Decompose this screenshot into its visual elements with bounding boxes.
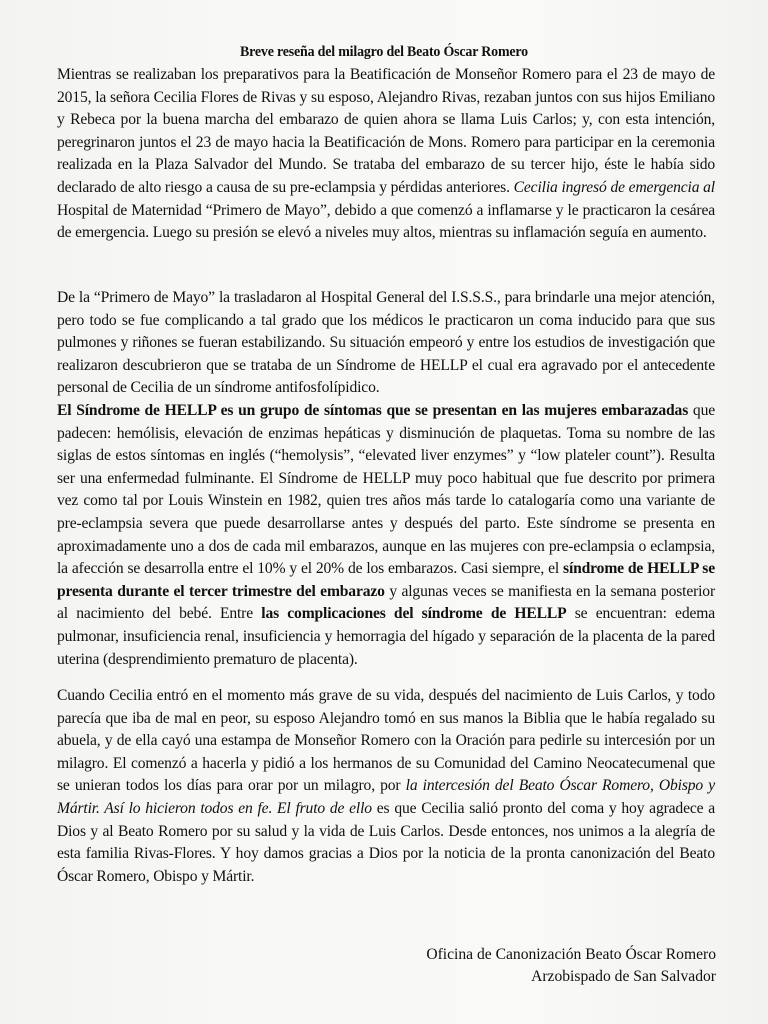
text-segment: que padecen: hemólisis, elevación de enz…: [57, 402, 715, 577]
signature-office: Oficina de Canonización Beato Óscar Rome…: [426, 944, 716, 967]
text-segment-bold: las complicaciones del síndrome de HELLP: [261, 605, 566, 622]
paragraph-hospital-transfer: De la “Primero de Mayo” la trasladaron a…: [57, 287, 715, 400]
document-title: Breve reseña del milagro del Beato Óscar…: [27, 44, 741, 61]
paragraph-miracle-account: Cuando Cecilia entró en el momento más g…: [57, 685, 715, 888]
paragraph-hellp-syndrome: El Síndrome de HELLP es un grupo de sínt…: [57, 400, 715, 671]
paragraph-beatification-context: Mientras se realizaban los preparativos …: [57, 64, 715, 245]
text-segment: Mientras se realizaban los preparativos …: [57, 66, 715, 196]
document-page: Breve reseña del milagro del Beato Óscar…: [0, 0, 768, 1024]
text-segment-italic: Cecilia ingresó de emergencia al: [514, 179, 715, 196]
text-segment: Hospital de Maternidad “Primero de Mayo”…: [57, 202, 715, 242]
signature-archdiocese: Arzobispado de San Salvador: [531, 966, 716, 989]
text-segment: De la “Primero de Mayo” la trasladaron a…: [57, 289, 715, 396]
text-segment-bold: El Síndrome de HELLP es un grupo de sínt…: [57, 402, 688, 419]
